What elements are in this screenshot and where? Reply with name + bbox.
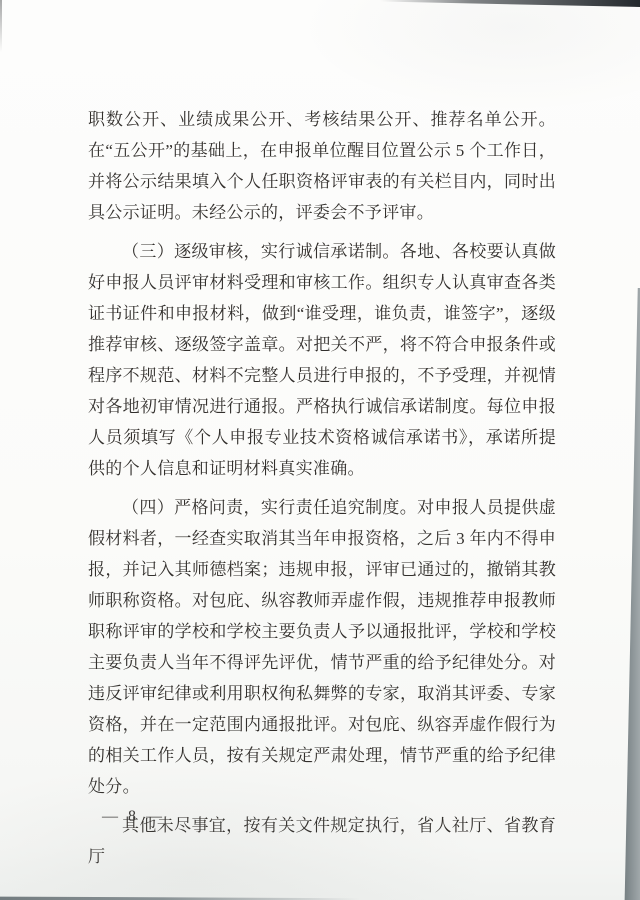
scan-artifact-left-edge (0, 0, 2, 52)
document-body: 职数公开、业绩成果公开、考核结果公开、推荐名单公开。在“五公开”的基础上，在申报… (88, 104, 556, 880)
paragraph-item-3: （三）逐级审核，实行诚信承诺制。各地、各校要认真做好申报人员评审材料受理和审核工… (88, 236, 556, 484)
paragraph-item-4: （四）严格问责，实行责任追究制度。对申报人员提供虚假材料者，一经查实取消其当年申… (88, 492, 556, 802)
scan-artifact-right-shadow (624, 288, 640, 900)
scanned-document-page: 职数公开、业绩成果公开、考核结果公开、推荐名单公开。在“五公开”的基础上，在申报… (0, 0, 640, 900)
paragraph-continuation: 职数公开、业绩成果公开、考核结果公开、推荐名单公开。在“五公开”的基础上，在申报… (88, 104, 556, 228)
scan-artifact-top-edge (380, 0, 640, 7)
scan-artifact-bottom-edge (0, 896, 360, 900)
page-number: — 8 — (102, 808, 165, 826)
